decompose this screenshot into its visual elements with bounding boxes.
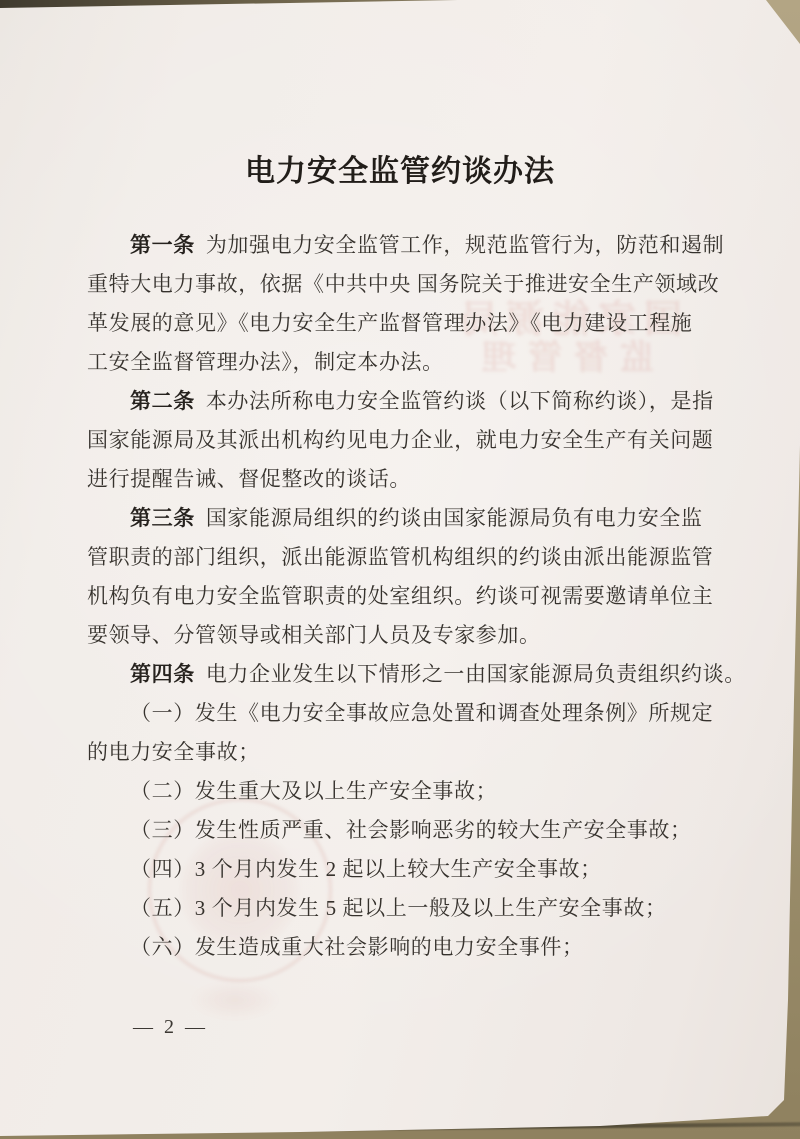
- document-title: 电力安全监管约谈办法: [0, 146, 800, 190]
- document-line: 第四条电力企业发生以下情形之一由国家能源局负责组织约谈。: [87, 655, 747, 694]
- page-number: — 2 —: [133, 1016, 208, 1039]
- line-text: （二）发生重大及以上生产安全事故；: [130, 779, 497, 803]
- line-text: 革发展的意见》《电力安全生产监督管理办法》《电力建设工程施: [87, 311, 692, 335]
- line-text: 国家能源局及其派出机构约见电力企业，就电力安全生产有关问题: [87, 428, 713, 452]
- line-text: 进行提醒告诫、督促整改的谈话。: [87, 467, 411, 491]
- document-line: 重特大电力事故，依据《中共中央 国务院关于推进安全生产领域改: [87, 265, 747, 304]
- document-line: （四）3 个月内发生 2 起以上较大生产安全事故；: [87, 850, 747, 889]
- line-text: （六）发生造成重大社会影响的电力安全事件；: [130, 935, 584, 959]
- document-line: （一）发生《电力安全事故应急处置和调查处理条例》所规定: [87, 694, 747, 733]
- article-number: 第三条: [130, 507, 195, 530]
- article-number: 第四条: [130, 663, 195, 686]
- document-line: 国家能源局及其派出机构约见电力企业，就电力安全生产有关问题: [87, 421, 747, 460]
- line-text: （三）发生性质严重、社会影响恶劣的较大生产安全事故；: [130, 818, 692, 842]
- document-line: 工安全监督管理办法》，制定本办法。: [87, 343, 747, 382]
- line-text: 要领导、分管领导或相关部门人员及专家参加。: [87, 623, 541, 647]
- document-line: 第三条国家能源局组织的约谈由国家能源局负有电力安全监: [87, 499, 747, 538]
- line-text: 本办法所称电力安全监管约谈（以下简称约谈），是指: [206, 389, 714, 413]
- seal-bleedthrough-smudge: [190, 980, 280, 1020]
- line-text: （一）发生《电力安全事故应急处置和调查处理条例》所规定: [130, 701, 713, 725]
- article-number: 第二条: [130, 390, 195, 413]
- line-text: 电力企业发生以下情形之一由国家能源局负责组织约谈。: [206, 662, 746, 686]
- document-line: （六）发生造成重大社会影响的电力安全事件；: [87, 928, 747, 967]
- line-text: 工安全监督管理办法》，制定本办法。: [87, 350, 444, 374]
- scanned-page: 国家能源局 监督管理 电力安全监管约谈办法 第一条为加强电力安全监管工作，规范监…: [0, 0, 800, 1139]
- document-line: （二）发生重大及以上生产安全事故；: [87, 772, 747, 811]
- line-text: 管职责的部门组织，派出能源监管机构组织的约谈由派出能源监管: [87, 545, 713, 569]
- document-body: 第一条为加强电力安全监管工作，规范监管行为，防范和遏制 重特大电力事故，依据《中…: [87, 226, 747, 967]
- line-text: 的电力安全事故；: [87, 740, 260, 764]
- document-line: 机构负有电力安全监管职责的处室组织。约谈可视需要邀请单位主: [87, 577, 747, 616]
- document-line: （五）3 个月内发生 5 起以上一般及以上生产安全事故；: [87, 889, 747, 928]
- line-text: 为加强电力安全监管工作，规范监管行为，防范和遏制: [206, 233, 724, 257]
- document-line: 进行提醒告诫、督促整改的谈话。: [87, 460, 747, 499]
- document-line: 要领导、分管领导或相关部门人员及专家参加。: [87, 616, 747, 655]
- line-text: （四）3 个月内发生 2 起以上较大生产安全事故；: [130, 857, 602, 881]
- document-line: 管职责的部门组织，派出能源监管机构组织的约谈由派出能源监管: [87, 538, 747, 577]
- paper-sheet: 国家能源局 监督管理 电力安全监管约谈办法 第一条为加强电力安全监管工作，规范监…: [0, 0, 800, 1139]
- line-text: 国家能源局组织的约谈由国家能源局负有电力安全监: [206, 506, 703, 530]
- article-number: 第一条: [130, 234, 195, 257]
- document-line: 的电力安全事故；: [87, 733, 747, 772]
- document-line: 第二条本办法所称电力安全监管约谈（以下简称约谈），是指: [87, 382, 747, 421]
- document-line: 革发展的意见》《电力安全生产监督管理办法》《电力建设工程施: [87, 304, 747, 343]
- document-line: （三）发生性质严重、社会影响恶劣的较大生产安全事故；: [87, 811, 747, 850]
- line-text: 重特大电力事故，依据《中共中央 国务院关于推进安全生产领域改: [87, 272, 719, 296]
- document-line: 第一条为加强电力安全监管工作，规范监管行为，防范和遏制: [87, 226, 747, 265]
- line-text: （五）3 个月内发生 5 起以上一般及以上生产安全事故；: [130, 896, 667, 920]
- line-text: 机构负有电力安全监管职责的处室组织。约谈可视需要邀请单位主: [87, 584, 713, 608]
